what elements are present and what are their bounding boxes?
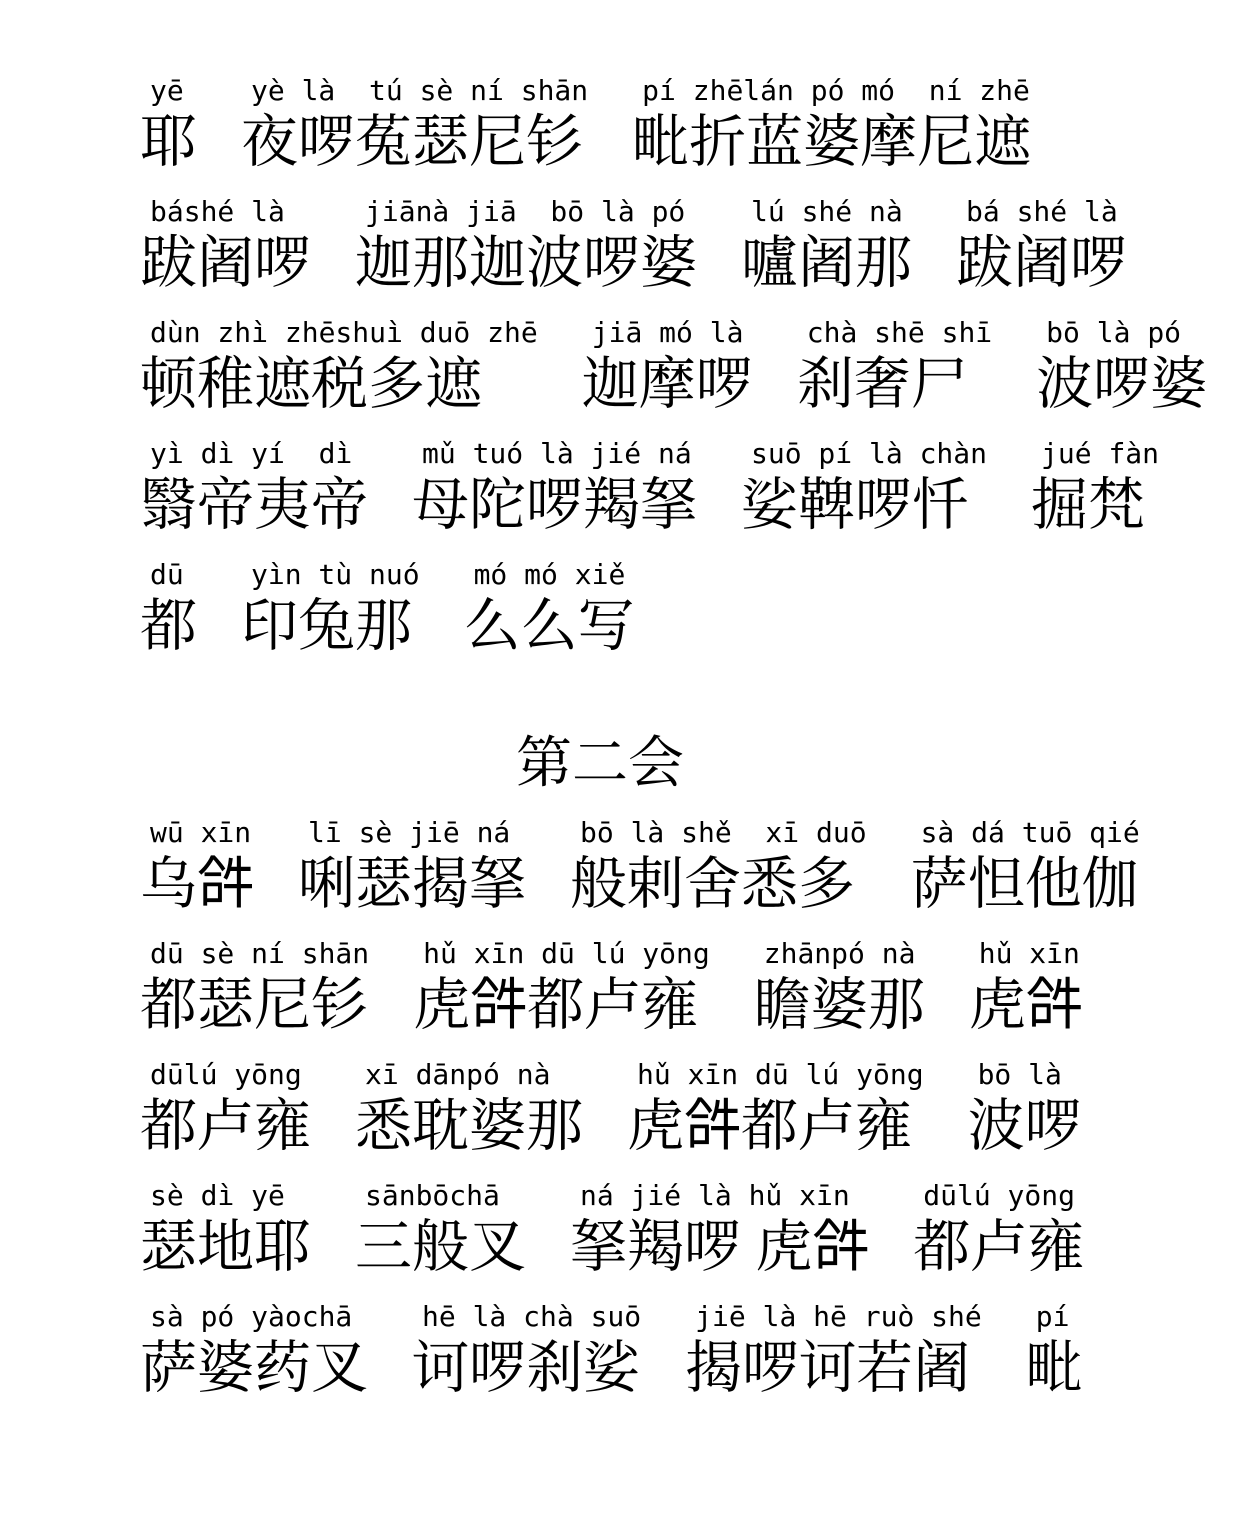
pinyin-hanzi-group: dūlú yōng都卢雍: [140, 1060, 311, 1164]
pinyin-hanzi-group: hǔ xīn虎𤙖: [969, 939, 1083, 1043]
pinyin-hanzi-group: lī sè jiē ná唎瑟揭拏: [298, 818, 526, 922]
mantra-section-2: wū xīn乌𤙖lī sè jiē ná唎瑟揭拏bō là shě xī duō…: [140, 818, 1200, 1406]
pinyin-text: hǔ xīn dū lú yōng: [413, 939, 710, 969]
pinyin-hanzi-group: dùn zhì zhēshuì duō zhē顿稚遮税多遮: [140, 318, 538, 422]
pinyin-hanzi-group: sānbōchā三般叉: [355, 1181, 526, 1285]
hanzi-text: 诃啰刹娑: [412, 1332, 641, 1406]
mantra-line: dùn zhì zhēshuì duō zhē顿稚遮税多遮jiā mó là迦摩…: [140, 318, 1200, 422]
pinyin-hanzi-group: wū xīn乌𤙖: [140, 818, 254, 922]
mantra-line: sà pó yàochā萨婆药叉hē là chà suō诃啰刹娑jiē là …: [140, 1302, 1200, 1406]
hanzi-text: 揭啰诃若阇: [685, 1332, 982, 1406]
pinyin-text: sè dì yē: [140, 1181, 311, 1211]
pinyin-hanzi-group: hē là chà suō诃啰刹娑: [412, 1302, 641, 1406]
pinyin-text: dū: [140, 560, 197, 590]
mantra-line: yē耶yè là tú sè ní shān夜啰菟瑟尼钐pí zhēlán pó…: [140, 76, 1200, 180]
pinyin-text: bō là: [968, 1060, 1082, 1090]
hanzi-text: 迦那迦波啰婆: [355, 227, 697, 301]
pinyin-text: bō là pó: [1036, 318, 1207, 348]
hanzi-text: 瞻婆那: [754, 969, 925, 1043]
mantra-line: dūlú yōng都卢雍xī dānpó nà悉耽婆那hǔ xīn dū lú …: [140, 1060, 1200, 1164]
mantra-page: yē耶yè là tú sè ní shān夜啰菟瑟尼钐pí zhēlán pó…: [0, 0, 1240, 1516]
pinyin-text: pí: [1026, 1302, 1083, 1332]
hanzi-text: 乌𤙖: [140, 848, 254, 922]
pinyin-hanzi-group: sà dá tuō qié萨怛他伽: [911, 818, 1140, 922]
section-heading: 第二会: [140, 734, 1060, 794]
pinyin-text: dùn zhì zhēshuì duō zhē: [140, 318, 538, 348]
hanzi-text: 跋阇啰: [140, 227, 311, 301]
pinyin-hanzi-group: chà shē shī刹奢尸: [797, 318, 992, 422]
pinyin-text: wū xīn: [140, 818, 254, 848]
pinyin-text: dūlú yōng: [140, 1060, 311, 1090]
pinyin-hanzi-group: xī dānpó nà悉耽婆那: [355, 1060, 583, 1164]
mantra-line: dū都yìn tù nuó印兔那mó mó xiě么么写: [140, 560, 1200, 664]
hanzi-text: 三般叉: [355, 1211, 526, 1285]
pinyin-hanzi-group: jué fàn掘梵: [1031, 439, 1159, 543]
pinyin-hanzi-group: mǔ tuó là jié ná母陀啰羯拏: [412, 439, 697, 543]
pinyin-text: hǔ xīn: [969, 939, 1083, 969]
pinyin-hanzi-group: lú shé nà嚧阇那: [741, 197, 912, 301]
pinyin-hanzi-group: dū都: [140, 560, 197, 664]
pinyin-hanzi-group: sè dì yē瑟地耶: [140, 1181, 311, 1285]
hanzi-text: 迦摩啰: [582, 348, 753, 422]
hanzi-text: 跋阇啰: [956, 227, 1127, 301]
hanzi-text: 翳帝夷帝: [140, 469, 368, 543]
hanzi-text: 虎𤙖都卢雍: [627, 1090, 924, 1164]
hanzi-text: 刹奢尸: [797, 348, 992, 422]
pinyin-hanzi-group: yìn tù nuó印兔那: [241, 560, 420, 664]
hanzi-text: 波啰: [968, 1090, 1082, 1164]
pinyin-hanzi-group: bá shé là跋阇啰: [956, 197, 1127, 301]
pinyin-hanzi-group: pí zhēlán pó mó ní zhē毗折蓝婆摩尼遮: [632, 76, 1031, 180]
pinyin-hanzi-group: bō là shě xī duō般剌舍悉多: [570, 818, 867, 922]
pinyin-text: hē là chà suō: [412, 1302, 641, 1332]
pinyin-hanzi-group: yē耶: [140, 76, 197, 180]
pinyin-hanzi-group: jiā mó là迦摩啰: [582, 318, 753, 422]
pinyin-text: mǔ tuó là jié ná: [412, 439, 697, 469]
pinyin-text: pí zhēlán pó mó ní zhē: [632, 76, 1031, 106]
pinyin-text: suō pí là chàn: [741, 439, 987, 469]
pinyin-text: yìn tù nuó: [241, 560, 420, 590]
hanzi-text: 么么写: [464, 590, 635, 664]
mantra-line: sè dì yē瑟地耶sānbōchā三般叉ná jié là hǔ xīn拏羯…: [140, 1181, 1200, 1285]
pinyin-text: lú shé nà: [741, 197, 912, 227]
pinyin-text: lī sè jiē ná: [298, 818, 526, 848]
pinyin-hanzi-group: báshé là跋阇啰: [140, 197, 311, 301]
pinyin-text: báshé là: [140, 197, 311, 227]
mantra-line: báshé là跋阇啰jiānà jiā bō là pó迦那迦波啰婆lú sh…: [140, 197, 1200, 301]
mantra-line: dū sè ní shān都瑟尼钐hǔ xīn dū lú yōng虎𤙖都卢雍z…: [140, 939, 1200, 1043]
pinyin-text: yē: [140, 76, 197, 106]
pinyin-hanzi-group: mó mó xiě么么写: [464, 560, 635, 664]
hanzi-text: 悉耽婆那: [355, 1090, 583, 1164]
pinyin-hanzi-group: jiānà jiā bō là pó迦那迦波啰婆: [355, 197, 697, 301]
pinyin-text: yì dì yí dì: [140, 439, 368, 469]
pinyin-text: jiānà jiā bō là pó: [355, 197, 697, 227]
pinyin-text: jué fàn: [1031, 439, 1159, 469]
pinyin-text: yè là tú sè ní shān: [241, 76, 588, 106]
pinyin-hanzi-group: yè là tú sè ní shān夜啰菟瑟尼钐: [241, 76, 588, 180]
hanzi-text: 虎𤙖都卢雍: [413, 969, 710, 1043]
hanzi-text: 耶: [140, 106, 197, 180]
pinyin-hanzi-group: ná jié là hǔ xīn拏羯啰 虎𤙖: [570, 1181, 869, 1285]
pinyin-text: dūlú yōng: [913, 1181, 1084, 1211]
hanzi-text: 都卢雍: [140, 1090, 311, 1164]
pinyin-hanzi-group: bō là pó波啰婆: [1036, 318, 1207, 422]
hanzi-text: 嚧阇那: [741, 227, 912, 301]
hanzi-text: 萨怛他伽: [911, 848, 1140, 922]
pinyin-text: mó mó xiě: [464, 560, 635, 590]
mantra-line: wū xīn乌𤙖lī sè jiē ná唎瑟揭拏bō là shě xī duō…: [140, 818, 1200, 922]
hanzi-text: 毗折蓝婆摩尼遮: [632, 106, 1031, 180]
pinyin-hanzi-group: pí毗: [1026, 1302, 1083, 1406]
pinyin-hanzi-group: sà pó yàochā萨婆药叉: [140, 1302, 368, 1406]
hanzi-text: 掘梵: [1031, 469, 1159, 543]
pinyin-hanzi-group: suō pí là chàn娑鞞啰忏: [741, 439, 987, 543]
pinyin-text: ná jié là hǔ xīn: [570, 1181, 869, 1211]
hanzi-text: 拏羯啰 虎𤙖: [570, 1211, 869, 1285]
hanzi-text: 顿稚遮税多遮: [140, 348, 538, 422]
pinyin-hanzi-group: hǔ xīn dū lú yōng虎𤙖都卢雍: [413, 939, 710, 1043]
pinyin-text: jiā mó là: [582, 318, 753, 348]
pinyin-hanzi-group: dūlú yōng都卢雍: [913, 1181, 1084, 1285]
hanzi-text: 瑟地耶: [140, 1211, 311, 1285]
hanzi-text: 波啰婆: [1036, 348, 1207, 422]
pinyin-hanzi-group: bō là波啰: [968, 1060, 1082, 1164]
hanzi-text: 娑鞞啰忏: [741, 469, 987, 543]
pinyin-text: bá shé là: [956, 197, 1127, 227]
hanzi-text: 毗: [1026, 1332, 1083, 1406]
hanzi-text: 夜啰菟瑟尼钐: [241, 106, 588, 180]
hanzi-text: 都瑟尼钐: [140, 969, 369, 1043]
pinyin-hanzi-group: hǔ xīn dū lú yōng虎𤙖都卢雍: [627, 1060, 924, 1164]
mantra-section-1: yē耶yè là tú sè ní shān夜啰菟瑟尼钐pí zhēlán pó…: [140, 76, 1200, 664]
pinyin-text: sà pó yàochā: [140, 1302, 368, 1332]
pinyin-text: xī dānpó nà: [355, 1060, 583, 1090]
pinyin-text: chà shē shī: [797, 318, 992, 348]
pinyin-text: hǔ xīn dū lú yōng: [627, 1060, 924, 1090]
pinyin-hanzi-group: yì dì yí dì翳帝夷帝: [140, 439, 368, 543]
pinyin-hanzi-group: dū sè ní shān都瑟尼钐: [140, 939, 369, 1043]
pinyin-text: bō là shě xī duō: [570, 818, 867, 848]
hanzi-text: 都卢雍: [913, 1211, 1084, 1285]
hanzi-text: 般剌舍悉多: [570, 848, 867, 922]
hanzi-text: 母陀啰羯拏: [412, 469, 697, 543]
hanzi-text: 唎瑟揭拏: [298, 848, 526, 922]
mantra-line: yì dì yí dì翳帝夷帝mǔ tuó là jié ná母陀啰羯拏suō …: [140, 439, 1200, 543]
pinyin-text: sānbōchā: [355, 1181, 526, 1211]
pinyin-hanzi-group: zhānpó nà瞻婆那: [754, 939, 925, 1043]
pinyin-text: zhānpó nà: [754, 939, 925, 969]
hanzi-text: 印兔那: [241, 590, 420, 664]
hanzi-text: 萨婆药叉: [140, 1332, 368, 1406]
hanzi-text: 虎𤙖: [969, 969, 1083, 1043]
hanzi-text: 都: [140, 590, 197, 664]
pinyin-text: jiē là hē ruò shé: [685, 1302, 982, 1332]
pinyin-text: sà dá tuō qié: [911, 818, 1140, 848]
pinyin-text: dū sè ní shān: [140, 939, 369, 969]
pinyin-hanzi-group: jiē là hē ruò shé揭啰诃若阇: [685, 1302, 982, 1406]
